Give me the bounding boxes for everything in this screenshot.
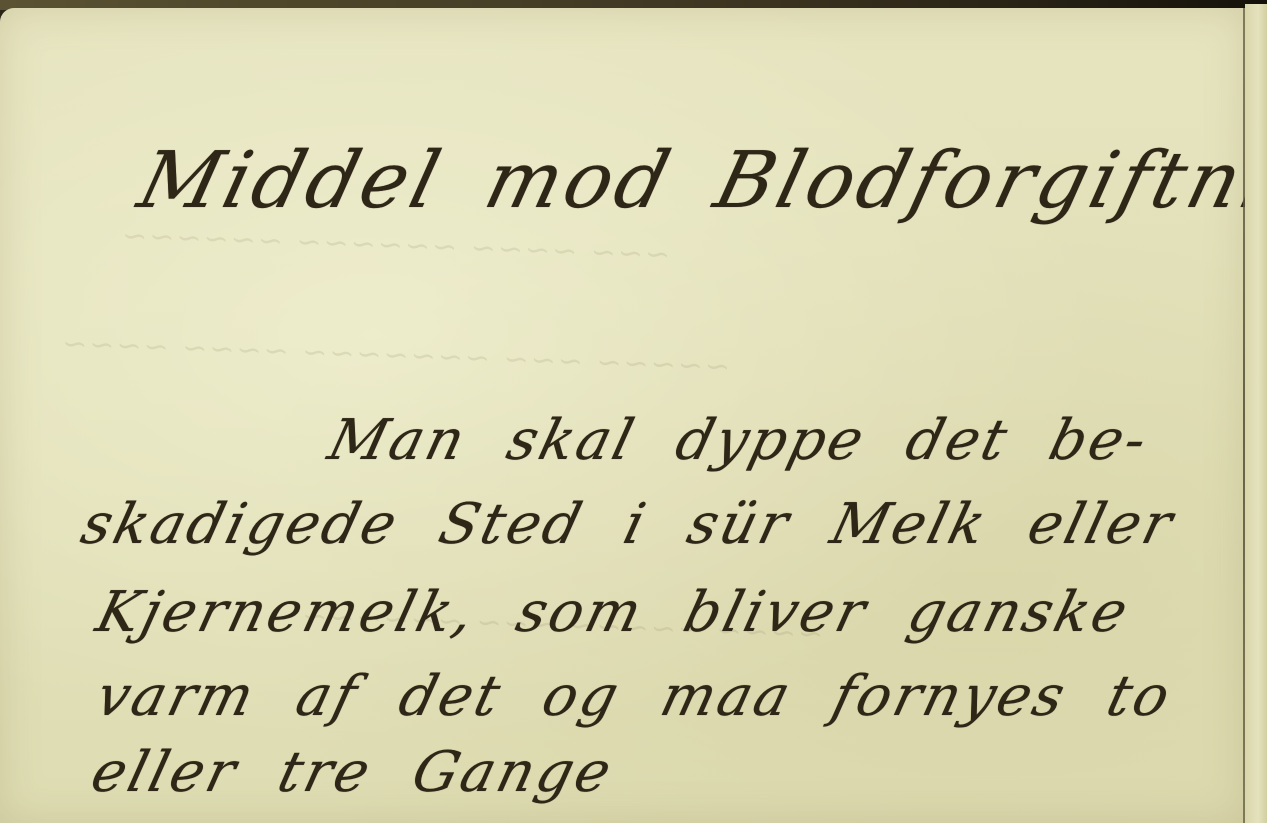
body-line: skadigede Sted i sür Melk eller bbox=[75, 492, 1182, 557]
bleed-through-text: ~~~ ~~~~ ~~~~~~ ~~~~~~ bbox=[120, 218, 671, 272]
bleed-through-text: ~~~~~ ~~~ ~~~~~~~ ~~~~ ~~~~ bbox=[60, 326, 731, 384]
body-line: eller tre Gange bbox=[85, 740, 620, 805]
body-line: Man skal dyppe det be- bbox=[322, 408, 1156, 473]
page-title: Middel mod Blodforgiftning bbox=[130, 136, 1267, 226]
body-line: varm af det og maa fornyes to bbox=[90, 664, 1179, 729]
body-line: Kjernemelk, som bliver ganske bbox=[90, 580, 1137, 645]
manuscript-page: ~~~ ~~~~ ~~~~~~ ~~~~~~ ~~~~~ ~~~ ~~~~~~~… bbox=[0, 8, 1245, 823]
adjacent-page-edge bbox=[1245, 4, 1267, 823]
